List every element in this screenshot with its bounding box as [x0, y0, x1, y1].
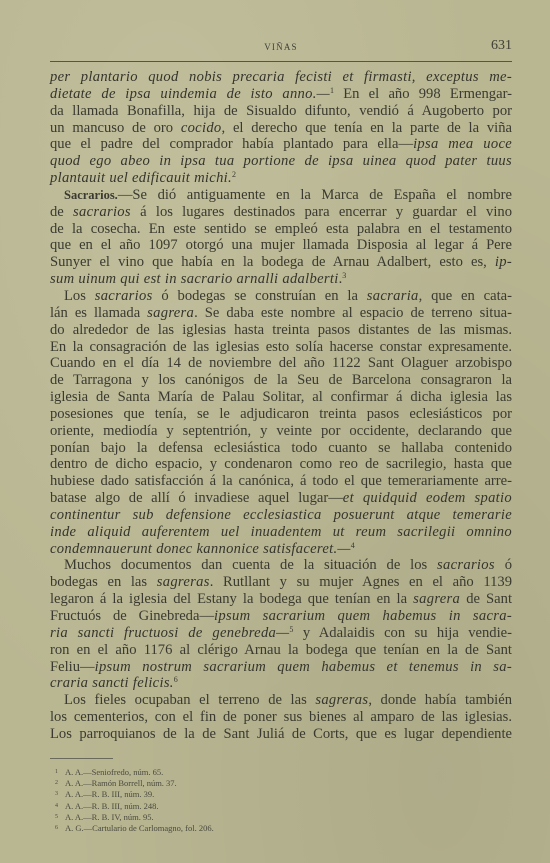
- text-run: . Se daba este nombre al espacio de terr…: [194, 305, 512, 321]
- text-line: batase algo de allí ó invadiese aquel lu…: [50, 490, 512, 507]
- text-run: dentro de dicho espacio, y condenaron co…: [50, 456, 512, 472]
- text-run: sum uinum qui est in sacrario arnalli ad…: [50, 271, 339, 287]
- footnote-mark: 3: [55, 789, 65, 800]
- footnote-text: A. A.—Seniofredo, núm. 65.: [65, 767, 163, 777]
- text-run: ponían bajo la defensa eclesiástica todo…: [50, 440, 512, 456]
- text-line: lán es llamada sagrera. Se daba este nom…: [50, 305, 512, 322]
- text-line: Los parroquianos de la de Sant Juliá de …: [50, 726, 512, 743]
- text-run: sagrera: [413, 591, 460, 607]
- text-run: condemnauerunt donec kannonice satisface…: [50, 541, 351, 557]
- footnote-reference: 4: [351, 541, 355, 550]
- text-run: sacrarios: [73, 204, 131, 220]
- text-line: hubiese dado satisfacción á la canónica,…: [50, 473, 512, 490]
- footnote: 1A. A.—Seniofredo, núm. 65.: [55, 767, 355, 778]
- text-line: plantauit uel edificauit michi.2: [50, 170, 512, 187]
- footnote-rule: [50, 758, 113, 759]
- text-run: Los parroquianos de la de Sant Juliá de …: [50, 726, 512, 742]
- text-run: ó: [495, 557, 512, 573]
- text-line: En la consagración de las iglesias esto …: [50, 339, 512, 356]
- text-run: quod ego abeo in ipsa tua portione de ip…: [50, 153, 512, 169]
- text-run: sagrera: [147, 305, 194, 321]
- text-line: Cuando en el día 14 de noviembre del año…: [50, 355, 512, 372]
- footnote-mark: 4: [55, 801, 65, 812]
- text-line: continentur sub defensione ecclesiastica…: [50, 507, 512, 524]
- text-line: ponían bajo la defensa eclesiástica todo…: [50, 440, 512, 457]
- text-run: Fructuós de Ginebreda—: [50, 608, 214, 624]
- footnotes: 1A. A.—Seniofredo, núm. 65.2A. A.—Ramón …: [55, 767, 355, 834]
- text-run: lán es llamada: [50, 305, 147, 321]
- text-run: Feliu—: [50, 659, 95, 675]
- text-run: bodegas en las: [50, 574, 157, 590]
- text-run: , donde había también: [368, 692, 512, 708]
- text-run: de Tarragona y los canónigos de la Seu d…: [50, 372, 512, 388]
- footnote: 2A. A.—Ramón Borrell, núm. 37.: [55, 778, 355, 789]
- footnote: 6A. G.—Cartulario de Carlomagno, fol. 20…: [55, 823, 355, 834]
- text-line: do alrededor de las iglesias hasta trein…: [50, 322, 512, 339]
- text-line: quod ego abeo in ipsa tua portione de ip…: [50, 153, 512, 170]
- text-line: de la cosecha. En este sentido se empleó…: [50, 221, 512, 238]
- text-run: de: [50, 204, 73, 220]
- footnote-mark: 5: [55, 812, 65, 823]
- text-run: batase algo de allí ó invadiese aquel lu…: [50, 490, 343, 506]
- text-run: craria sancti felicis.: [50, 675, 174, 691]
- text-run: Cuando en el día 14 de noviembre del año…: [50, 355, 512, 371]
- footnote-reference: 2: [232, 170, 236, 179]
- text-line: dentro de dicho espacio, y condenaron co…: [50, 456, 512, 473]
- text-line: bodegas en las sagreras. Rutllant y su m…: [50, 574, 512, 591]
- text-run: posesiones que tenía, se le adjudicaron …: [50, 406, 512, 422]
- footnote: 3A. A.—R. B. III, núm. 39.: [55, 789, 355, 800]
- text-run: hubiese dado satisfacción á la canónica,…: [50, 473, 512, 489]
- text-run: dietate de ipsa uindemia de isto anno.—: [50, 86, 330, 102]
- text-line: condemnauerunt donec kannonice satisface…: [50, 541, 512, 558]
- text-run: continentur sub defensione ecclesiastica…: [50, 507, 512, 523]
- text-run: sagreras: [157, 574, 210, 590]
- text-line: Los sacrarios ó bodegas se construían en…: [50, 288, 512, 305]
- text-run: iglesia de Santa María de Palau Solitar,…: [50, 389, 512, 405]
- text-line: Sunyer el vino que había en la bodega de…: [50, 254, 512, 271]
- text-run: ron en el año 1176 al clérigo Arnau la b…: [50, 642, 512, 658]
- text-run: que en el año 1097 otorgó una mujer llam…: [50, 237, 512, 253]
- footnote-text: A. A.—Ramón Borrell, núm. 37.: [65, 778, 177, 788]
- text-run: ó bodegas se construían en la: [153, 288, 367, 304]
- text-run: —Se dió antiguamente en la Marca de Espa…: [118, 187, 512, 203]
- text-line: que en el año 1097 otorgó una mujer llam…: [50, 237, 512, 254]
- scanned-book-page: VIÑAS 631 per plantario quod nobis preca…: [0, 0, 550, 863]
- text-run: á los lugares destinados para encerrar y…: [131, 204, 512, 220]
- text-run: Muchos documentos dan cuenta de la situa…: [64, 557, 437, 573]
- running-head: VIÑAS 631: [50, 38, 512, 54]
- text-run: da llamada Bonafilla, hija de Sisualdo d…: [50, 103, 512, 119]
- text-run: Los fieles ocupaban el terreno de las: [64, 692, 315, 708]
- text-run: , el derecho que tenía en la parte de la…: [222, 120, 512, 136]
- text-run: do alrededor de las iglesias hasta trein…: [50, 322, 512, 338]
- footnote: 4A. A.—R. B. III, núm. 248.: [55, 801, 355, 812]
- text-line: un mancuso de oro cocido, el derecho que…: [50, 120, 512, 137]
- footnote-mark: 2: [55, 778, 65, 789]
- text-run: sacraria: [367, 288, 419, 304]
- text-line: los cementerios, con el fin de poner sus…: [50, 709, 512, 726]
- text-run: . Rutllant y su mujer Agnes en el año 11…: [210, 574, 512, 590]
- text-run: , que en cata-: [419, 288, 512, 304]
- text-line: Muchos documentos dan cuenta de la situa…: [50, 557, 512, 574]
- text-line: craria sancti felicis.6: [50, 675, 512, 692]
- text-run: ria sancti fructuosi de genebreda—: [50, 625, 289, 641]
- text-run: ipsa mea uoce: [413, 136, 512, 152]
- text-run: de la cosecha. En este sentido se empleó…: [50, 221, 512, 237]
- text-line: da llamada Bonafilla, hija de Sisualdo d…: [50, 103, 512, 120]
- text-line: que el padre del comprador había plantad…: [50, 136, 512, 153]
- footnote-text: A. G.—Cartulario de Carlomagno, fol. 206…: [65, 823, 214, 833]
- text-line: iglesia de Santa María de Palau Solitar,…: [50, 389, 512, 406]
- text-line: Los fieles ocupaban el terreno de las sa…: [50, 692, 512, 709]
- footnote-text: A. A.—R. B. III, núm. 39.: [65, 789, 154, 799]
- text-run: que el padre del comprador había plantad…: [50, 136, 413, 152]
- text-line: Feliu—ipsum nostrum sacrarium quem habem…: [50, 659, 512, 676]
- text-line: oriente, mediodía y septentrión, y veint…: [50, 423, 512, 440]
- text-run: un mancuso de oro: [50, 120, 181, 136]
- text-line: ron en el año 1176 al clérigo Arnau la b…: [50, 642, 512, 659]
- text-line: dietate de ipsa uindemia de isto anno.—1…: [50, 86, 512, 103]
- text-line: de Tarragona y los canónigos de la Seu d…: [50, 372, 512, 389]
- header-rule: [50, 61, 512, 62]
- text-run: Sunyer el vino que había en la bodega de…: [50, 254, 495, 270]
- running-title: VIÑAS: [50, 42, 512, 52]
- text-line: per plantario quod nobis precaria fecist…: [50, 69, 512, 86]
- text-line: ria sancti fructuosi de genebreda—5 y Ad…: [50, 625, 512, 642]
- footnote-text: A. A.—R. B. III, núm. 248.: [65, 801, 159, 811]
- text-run: sacrarios: [95, 288, 153, 304]
- text-run: inde aliquid auferentem uel inuadentem u…: [50, 524, 512, 540]
- section-heading: Sacrarios.: [64, 188, 118, 202]
- text-run: et quidquid eodem spatio: [343, 490, 512, 506]
- footnote-reference: 3: [342, 271, 346, 280]
- text-run: y Adalaidis con su hija vendie-: [293, 625, 512, 641]
- text-run: oriente, mediodía y septentrión, y veint…: [50, 423, 512, 439]
- text-line: Fructuós de Ginebreda—ipsum sacrarium qu…: [50, 608, 512, 625]
- text-line: legaron á la iglesia del Estany la bodeg…: [50, 591, 512, 608]
- footnote: 5A. A.—R. B. IV, núm. 95.: [55, 812, 355, 823]
- text-run: sacrarios: [437, 557, 495, 573]
- text-run: los cementerios, con el fin de poner sus…: [50, 709, 512, 725]
- footnote-text: A. A.—R. B. IV, núm. 95.: [65, 812, 154, 822]
- footnote-mark: 6: [55, 823, 65, 834]
- text-run: Los: [64, 288, 95, 304]
- footnote-reference: 6: [174, 675, 178, 684]
- text-run: de Sant: [460, 591, 512, 607]
- text-run: ipsum sacrarium quem habemus in sacra-: [214, 608, 512, 624]
- text-run: En la consagración de las iglesias esto …: [50, 339, 512, 355]
- text-run: En el año 998 Ermengar-: [334, 86, 512, 102]
- text-line: posesiones que tenía, se le adjudicaron …: [50, 406, 512, 423]
- text-run: per plantario quod nobis precaria fecist…: [50, 69, 512, 85]
- footnote-mark: 1: [55, 767, 65, 778]
- text-run: sagreras: [315, 692, 368, 708]
- text-run: plantauit uel edificauit michi.: [50, 170, 232, 186]
- text-run: cocido: [181, 120, 222, 136]
- page-number: 631: [491, 38, 512, 54]
- text-line: de sacrarios á los lugares destinados pa…: [50, 204, 512, 221]
- text-run: ipsum nostrum sacrarium quem habemus et …: [95, 659, 512, 675]
- text-line: Sacrarios.—Se dió antiguamente en la Mar…: [50, 187, 512, 204]
- text-line: sum uinum qui est in sacrario arnalli ad…: [50, 271, 512, 288]
- body-text: per plantario quod nobis precaria fecist…: [50, 69, 512, 743]
- text-line: inde aliquid auferentem uel inuadentem u…: [50, 524, 512, 541]
- text-run: legaron á la iglesia del Estany la bodeg…: [50, 591, 413, 607]
- text-run: ip-: [495, 254, 512, 270]
